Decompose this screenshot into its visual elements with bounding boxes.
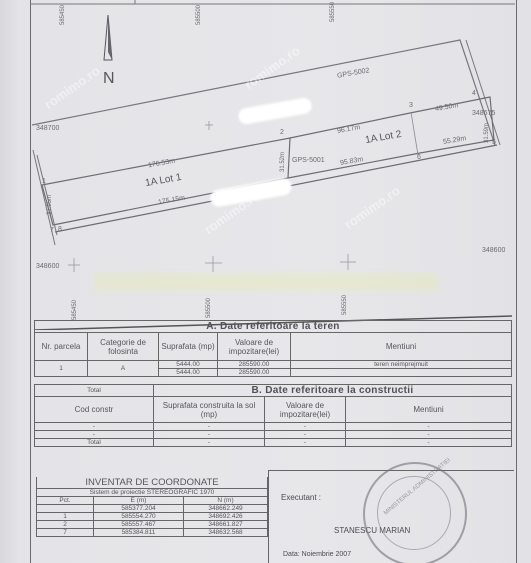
construction-data-table: Total B. Date referitoare la constructii… <box>34 384 512 447</box>
header-n: N (m) <box>184 497 268 505</box>
table-row: 1 A 5444.00 285590.00 teren neimprejmuit <box>35 361 512 369</box>
total-valoare: 285590.00 <box>218 369 291 377</box>
header-cod-constr: Cod constr <box>35 397 154 423</box>
cell-valoare: - <box>265 423 346 431</box>
grid-label-right: 348600 <box>482 247 505 254</box>
neighbor-middle-label: GPS-5001 <box>292 157 325 164</box>
site-plan: N 585450 585500 585550 348700 348600 348… <box>0 0 531 330</box>
table-row: 585377.204 348662.249 <box>37 505 268 513</box>
cell-pct: 7 <box>37 529 94 537</box>
cell-suprafata: - <box>154 423 265 431</box>
cell-categorie: A <box>88 361 159 377</box>
total-label-a: Total <box>35 385 154 397</box>
grid-label-bottom-1: 585450 <box>72 300 78 320</box>
executant-label: Executant : <box>281 493 321 502</box>
point-4: 4 <box>472 90 476 97</box>
header-valoare: Valoare de impozitare(lei) <box>218 333 291 361</box>
total-suprafata: 5444.00 <box>159 369 218 377</box>
lot-1-left-length: 31.95m <box>47 195 53 215</box>
cell-n: 348692.426 <box>184 513 268 521</box>
cadastral-plan-sheet: N 585450 585500 585550 348700 348600 348… <box>0 0 531 563</box>
grid-label-right-mid: 348675 <box>472 110 495 117</box>
cell-valoare: 285590.00 <box>218 361 291 369</box>
coordinates-title: INVENTAR DE COORDONATE <box>37 477 268 489</box>
point-1: 1 <box>42 178 46 185</box>
lot-1-right-length: 31.52m <box>280 152 286 172</box>
total-row: Total - - - <box>35 439 512 447</box>
header-categorie: Categorie de folosinta <box>88 333 159 361</box>
table-row: - - - - <box>35 423 512 431</box>
header-suprafata: Suprafata (mp) <box>159 333 218 361</box>
header-valoare-b: Valoare de impozitare(lei) <box>265 397 346 423</box>
total-suprafata-b: - <box>154 439 265 447</box>
coordinate-inventory-table: INVENTAR DE COORDONATE Sistem de proiect… <box>36 477 268 537</box>
projection-system: Sistem de proiectie STEREOGRAFIC 1970 <box>37 489 268 497</box>
point-8: 8 <box>58 226 62 233</box>
cell-pct: 1 <box>37 513 94 521</box>
cell-mentiuni: teren neimprejmuit <box>291 361 512 369</box>
header-pct: Pct. <box>37 497 94 505</box>
cell-pct: 2 <box>37 521 94 529</box>
cell-valoare: - <box>265 431 346 439</box>
header-mentiuni: Mentiuni <box>291 333 512 361</box>
cell-suprafata: - <box>154 431 265 439</box>
point-2: 2 <box>280 129 284 136</box>
cell-e: 585554.270 <box>94 513 184 521</box>
grid-label-top-3: 585550 <box>330 2 336 22</box>
grid-label-left: 348700 <box>36 125 59 132</box>
total-mentiuni-b: - <box>346 439 512 447</box>
cell-nr: 1 <box>35 361 88 377</box>
table-row: 7 585384.811 348632.568 <box>37 529 268 537</box>
cell-cod: - <box>35 423 154 431</box>
header-e: E (m) <box>94 497 184 505</box>
section-a-title: A. Date referitoare la teren <box>35 321 512 333</box>
executant-date: Data: Noiembrie 2007 <box>283 551 351 558</box>
point-7: 7 <box>50 227 54 234</box>
cell-mentiuni: - <box>346 423 512 431</box>
cell-e: 585377.204 <box>94 505 184 513</box>
cell-n: 348662.249 <box>184 505 268 513</box>
cell-n: 348632.568 <box>184 529 268 537</box>
grid-label-bottom-2: 585500 <box>206 298 212 318</box>
point-6: 6 <box>417 154 421 161</box>
section-b-title: B. Date referitoare la constructii <box>154 385 512 397</box>
land-data-table: A. Date referitoare la teren Nr. parcela… <box>34 320 512 377</box>
official-stamp: MINISTERUL ADMINISTRATIEI <box>363 462 467 563</box>
table-row: 1 585554.270 348692.426 <box>37 513 268 521</box>
cell-n: 348661.827 <box>184 521 268 529</box>
grid-label-top-2: 585500 <box>196 5 202 25</box>
header-suprafata-construita: Suprafata construita la sol (mp) <box>154 397 265 423</box>
cell-cod: - <box>35 431 154 439</box>
lot-2-right-length: 31.59m <box>484 123 490 143</box>
table-row: - - - - <box>35 431 512 439</box>
header-nr-parcela: Nr. parcela <box>35 333 88 361</box>
table-row: 2 585557.467 348661.827 <box>37 521 268 529</box>
cell-pct <box>37 505 94 513</box>
grid-label-bottom-3: 585550 <box>342 295 348 315</box>
cell-suprafata: 5444.00 <box>159 361 218 369</box>
point-5: 5 <box>492 139 496 146</box>
header-mentiuni-b: Mentiuni <box>346 397 512 423</box>
cell-mentiuni: - <box>346 431 512 439</box>
grid-label-left-bottom: 348600 <box>36 263 59 270</box>
point-3: 3 <box>409 102 413 109</box>
grid-label-top-1: 585450 <box>60 5 66 25</box>
cell-e: 585557.467 <box>94 521 184 529</box>
north-arrow-label: N <box>103 70 115 88</box>
cell-e: 585384.811 <box>94 529 184 537</box>
total-label-b: Total <box>35 439 154 447</box>
total-valoare-b: - <box>265 439 346 447</box>
highlight-band <box>93 273 438 291</box>
